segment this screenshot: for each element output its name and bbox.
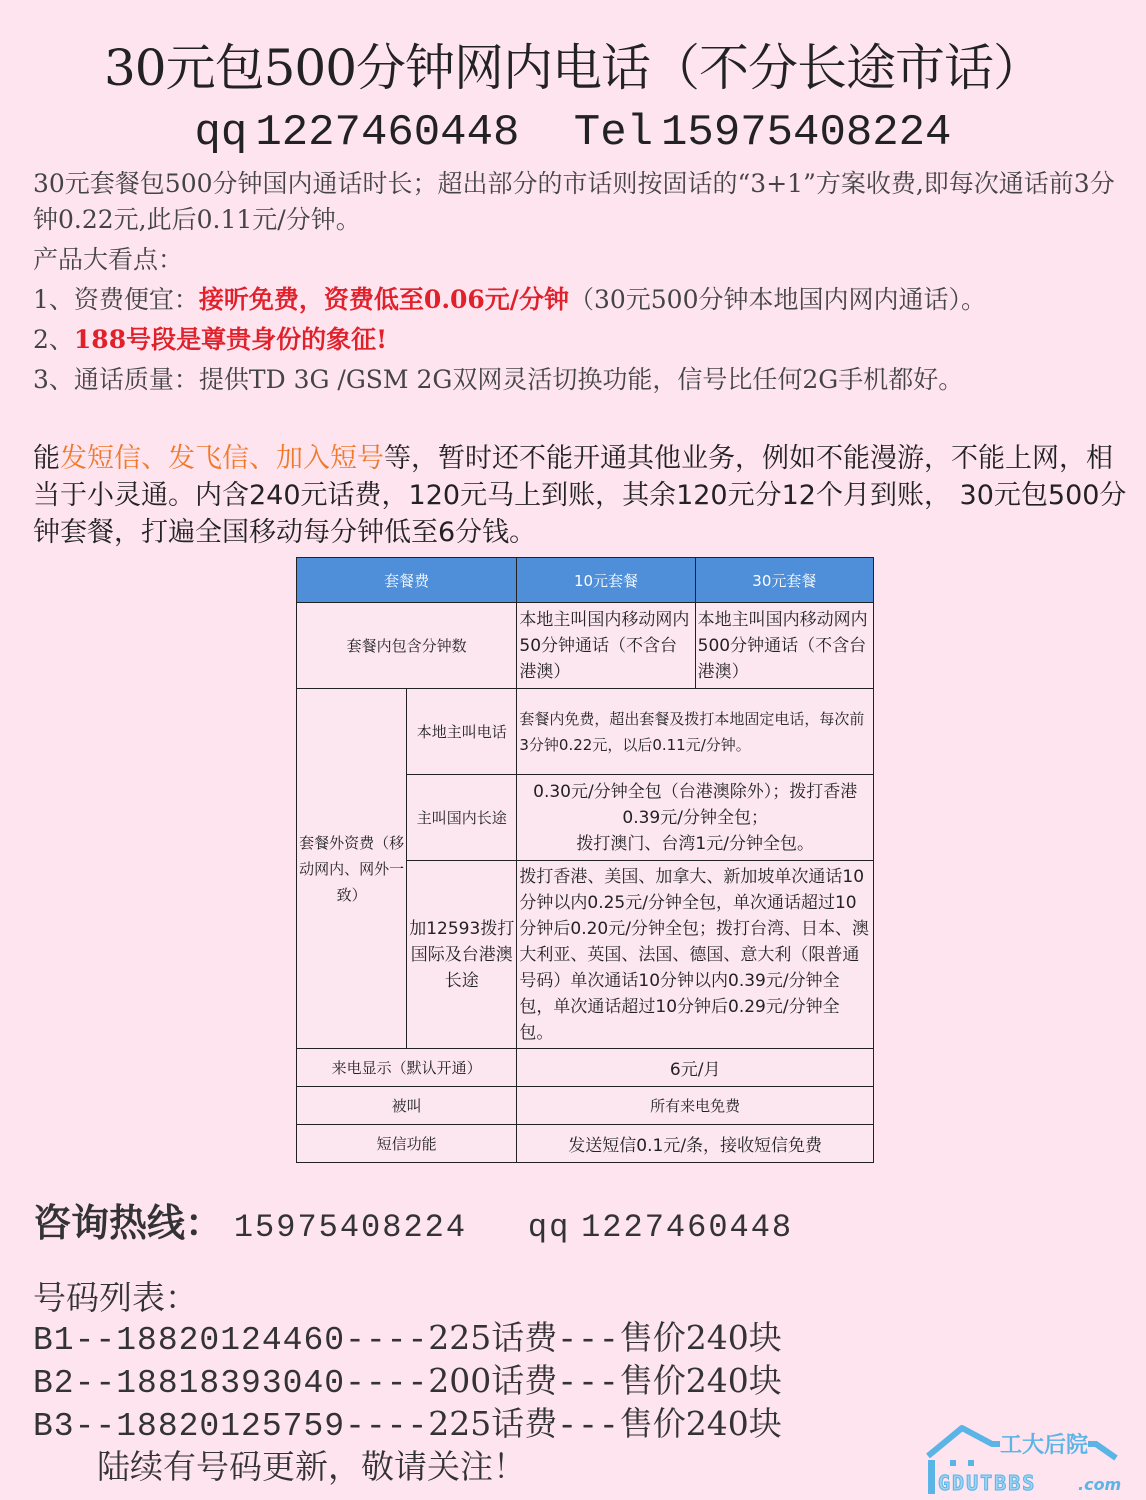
tel-contact: Tel15975408224 [574, 108, 952, 158]
number-list-heading: 号码列表： [33, 1278, 782, 1318]
intro-section: 30元套餐包500分钟国内通话时长；超出部分的市话则按固话的“3+1”方案收费,… [33, 166, 1123, 398]
hotline-phone: 15975408224 [234, 1209, 467, 1246]
features-paragraph: 能发短信、发飞信、加入短号等，暂时还不能开通其他业务，例如不能漫游，不能上网，相… [33, 440, 1128, 551]
table-row-caller-id: 来电显示（默认开通） 6元/月 [297, 1049, 874, 1087]
list-item: B3--18820125759----225话费---售价240块 [33, 1404, 782, 1447]
item-credit: 225话费 [428, 1404, 557, 1443]
tel-number: 15975408224 [661, 108, 951, 158]
hotline-qq: 1227460448 [581, 1209, 793, 1246]
header-10-plan: 10元套餐 [517, 558, 695, 603]
highlights-heading: 产品大看点： [33, 242, 1123, 278]
highlight-point-2: 2、188号段是尊贵身份的象征! [33, 322, 1123, 358]
item-number: 18820124460 [116, 1322, 345, 1359]
table-header-row: 套餐费 10元套餐 30元套餐 [297, 558, 874, 603]
hotline: 咨询热线： 15975408224 qq 1227460448 [33, 1192, 793, 1247]
item-price: 售价240块 [620, 1318, 782, 1357]
hotline-label: 咨询热线： [33, 1200, 223, 1245]
item-number: 18818393040 [116, 1365, 345, 1402]
point2-highlight: 188号段是尊贵身份的象征! [74, 325, 387, 354]
point1-prefix: 1、资费便宜： [33, 285, 199, 314]
local-calls-value: 套餐内免费，超出套餐及拨打本地固定电话，每次前3分钟0.22元，以后0.11元/… [517, 689, 874, 775]
international-label: 加12593拨打国际及台港澳长途 [407, 861, 517, 1049]
hotline-qq-label: qq [528, 1209, 570, 1246]
item-code: B3 [33, 1408, 75, 1445]
international-value: 拨打香港、美国、加拿大、新加坡单次通话10分钟以内0.25元/分钟全包，单次通话… [517, 861, 874, 1049]
qq-number: 1227460448 [255, 108, 519, 158]
intro-text: 30元套餐包500分钟国内通话时长；超出部分的市话则按固话的“3+1”方案收费,… [33, 166, 1123, 238]
logo-cn-text: 工大后院 [1000, 1433, 1088, 1458]
item-code: B2 [33, 1365, 75, 1402]
table-row-local-calls: 套餐外资费（移动网内、网外一致） 本地主叫电话 套餐内免费，超出套餐及拨打本地固… [297, 689, 874, 775]
table-row-incoming: 被叫 所有来电免费 [297, 1087, 874, 1125]
incoming-value: 所有来电免费 [517, 1087, 874, 1125]
caller-id-label: 来电显示（默认开通） [297, 1049, 517, 1087]
para-highlight: 发短信、发飞信、加入短号 [60, 443, 384, 474]
number-list: 号码列表： B1--18820124460----225话费---售价240块 … [33, 1278, 782, 1487]
page-title: 30元包500分钟网内电话（不分长途市话） [0, 28, 1146, 100]
item-number: 18820125759 [116, 1408, 345, 1445]
item-price: 售价240块 [620, 1361, 782, 1400]
included-minutes-10: 本地主叫国内移动网内50分钟通话（不含台港澳） [517, 603, 695, 689]
item-code: B1 [33, 1322, 75, 1359]
domestic-ld-line1: 0.30元/分钟全包（台港澳除外）；拨打香港0.39元/分钟全包； [519, 779, 871, 831]
item-credit: 200话费 [428, 1361, 557, 1400]
table-row-sms: 短信功能 发送短信0.1元/条，接收短信免费 [297, 1125, 874, 1163]
house-roof-icon: 工大后院 GDUTBBS .com [920, 1422, 1140, 1494]
item-price: 售价240块 [620, 1404, 782, 1443]
point1-suffix: （30元500分钟本地国内网内通话）。 [569, 285, 986, 314]
included-minutes-30: 本地主叫国内移动网内500分钟通话（不含台港澳） [695, 603, 873, 689]
rate-table: 套餐费 10元套餐 30元套餐 套餐内包含分钟数 本地主叫国内移动网内50分钟通… [296, 557, 874, 1163]
item-credit: 225话费 [428, 1318, 557, 1357]
header-plan-fee: 套餐费 [297, 558, 517, 603]
point1-highlight: 接听免费，资费低至0.06元/分钟 [199, 285, 569, 314]
logo-suffix: .com [1078, 1475, 1121, 1494]
contact-line: qq1227460448 Tel15975408224 [0, 108, 1146, 158]
logo-en-text: GDUTBBS [938, 1471, 1036, 1494]
point2-prefix: 2、 [33, 325, 74, 354]
header-30-plan: 30元套餐 [695, 558, 873, 603]
local-calls-label: 本地主叫电话 [407, 689, 517, 775]
qq-contact: qq1227460448 [195, 108, 520, 158]
list-item: B2--18818393040----200话费---售价240块 [33, 1361, 782, 1404]
caller-id-value: 6元/月 [517, 1049, 874, 1087]
incoming-label: 被叫 [297, 1087, 517, 1125]
domestic-ld-line2: 拨打澳门、台湾1元/分钟全包。 [519, 831, 871, 857]
highlight-point-3: 3、通话质量：提供TD 3G /GSM 2G双网灵活切换功能，信号比任何2G手机… [33, 362, 1123, 398]
sms-label: 短信功能 [297, 1125, 517, 1163]
table-row-included-minutes: 套餐内包含分钟数 本地主叫国内移动网内50分钟通话（不含台港澳） 本地主叫国内移… [297, 603, 874, 689]
domestic-ld-label: 主叫国内长途 [407, 775, 517, 861]
sms-value: 发送短信0.1元/条，接收短信免费 [517, 1125, 874, 1163]
list-item: B1--18820124460----225话费---售价240块 [33, 1318, 782, 1361]
highlight-point-1: 1、资费便宜：接听免费，资费低至0.06元/分钟（30元500分钟本地国内网内通… [33, 282, 1123, 318]
para-prefix: 能 [33, 443, 60, 474]
qq-label: qq [195, 108, 248, 158]
extra-fees-label: 套餐外资费（移动网内、网外一致） [297, 689, 407, 1049]
site-watermark-logo: 工大后院 GDUTBBS .com [920, 1422, 1140, 1494]
number-list-note: 陆续有号码更新，敬请关注！ [33, 1447, 782, 1487]
domestic-ld-value: 0.30元/分钟全包（台港澳除外）；拨打香港0.39元/分钟全包； 拨打澳门、台… [517, 775, 874, 861]
included-minutes-label: 套餐内包含分钟数 [297, 603, 517, 689]
tel-label: Tel [574, 108, 653, 158]
